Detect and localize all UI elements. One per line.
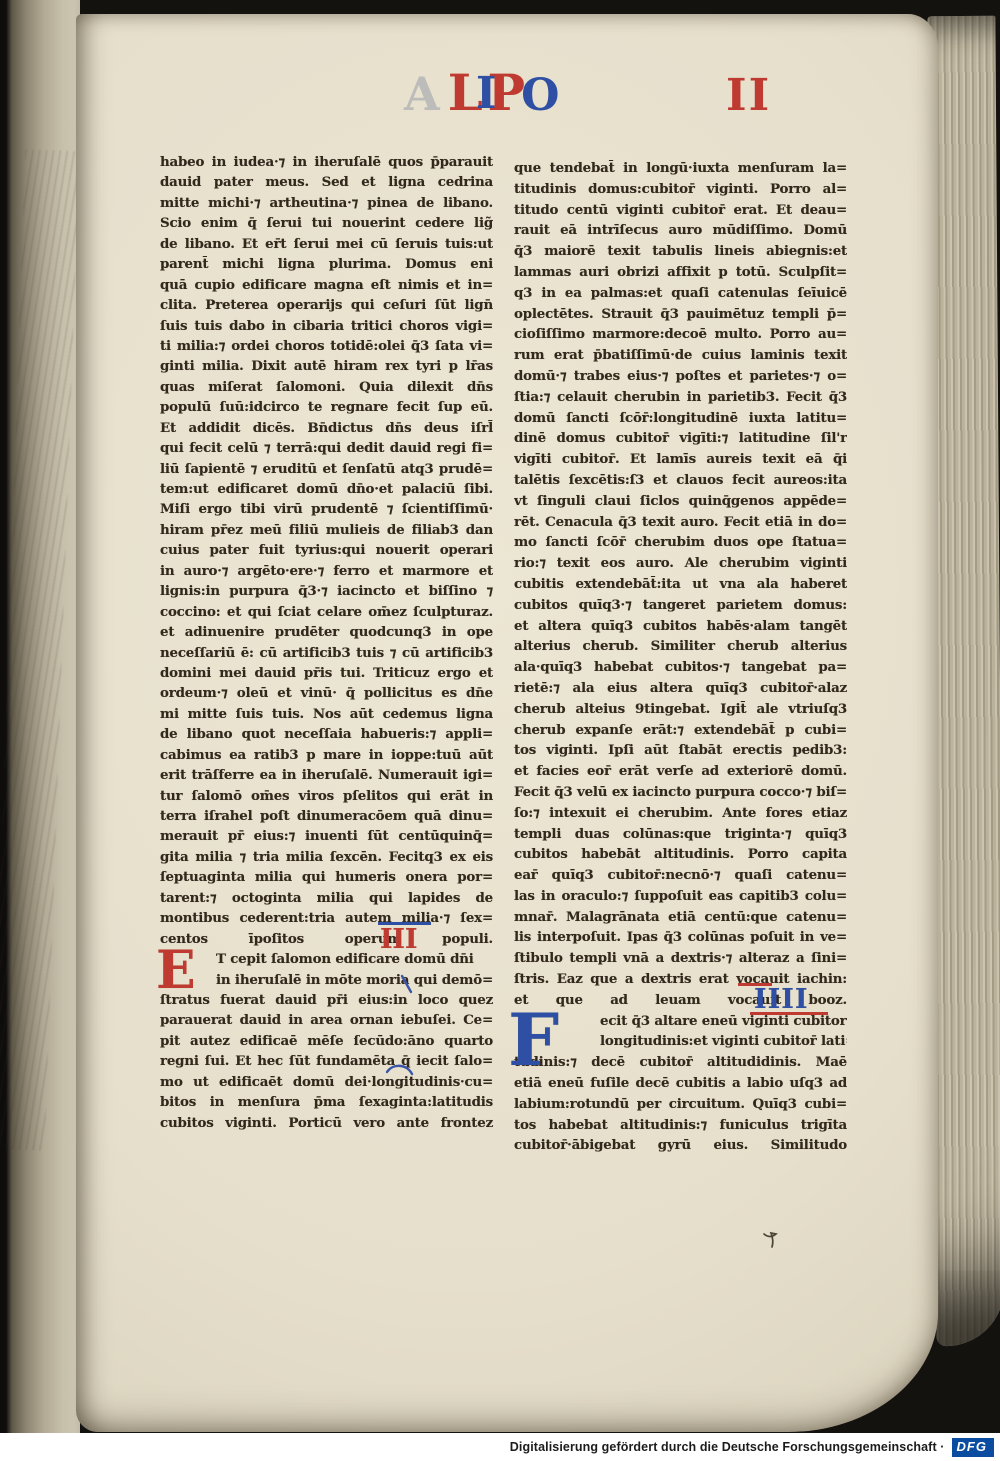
text-line: habeo in iudea·⁊ in iheruſalē quos p̄par… <box>160 154 493 174</box>
text-line: et adinuenire prudēter quodcunq3 in ope <box>160 624 493 644</box>
text-line: parauerat dauid in area ornan iebuſei. C… <box>160 1012 493 1032</box>
text-line: mo ut edificaēt domū dei·longitudinis·cu… <box>160 1074 493 1094</box>
text-line: ala·quīq3 habebat cubitos·⁊ tangebat pa= <box>514 659 847 680</box>
text-line: bitos in menſura p̄ma ſexaginta:latitudi… <box>160 1094 493 1114</box>
text-line: cherub alteius 9tingebat. Igit̄ ale vtri… <box>514 701 847 722</box>
text-line: populū ſuū:idcirco te regnare fecit ſup … <box>160 399 493 419</box>
text-line: ſuis tuis dabo in cibaria tritici choros… <box>160 318 493 338</box>
chapter-initial-e: E <box>156 948 195 995</box>
text-line: T cepit ſalomon edificare domū dn̄i <box>160 951 493 971</box>
digitization-credit-text: Digitalisierung gefördert durch die Deut… <box>510 1440 945 1454</box>
text-line: etiā eneū fuſile decē cubitis a labio uſ… <box>514 1075 847 1096</box>
text-line: talētis ſexcētis:ſ3 et clauos fecit aure… <box>514 472 847 493</box>
text-line: quas miſerat ſalomoni. Quia dilexit dn̄s <box>160 379 493 399</box>
text-line: erit trāſferre ea in iheruſalē. Numeraui… <box>160 767 493 787</box>
digitization-credit-bar: Digitalisierung gefördert durch die Deut… <box>0 1433 1000 1461</box>
text-line: las in oraculo:⁊ ſuppoſuit eas capitib3 … <box>514 888 847 909</box>
text-line: Miſi ergo tibi virū prudentē ⁊ ſcientiſſ… <box>160 501 493 521</box>
text-line: in auro·⁊ argēto·ere·⁊ ferro et marmore … <box>160 563 493 583</box>
text-line: gita milia ⁊ tria milia ſexcēn. Fecitq3 … <box>160 849 493 869</box>
text-line: templi duas colūnas:que triginta·⁊ quīq3 <box>514 826 847 847</box>
text-line: cubitos quīq3·⁊ tangeret parietem domus: <box>514 597 847 618</box>
text-line: ſtibulo templi vnā a dextris·⁊ alteraz a… <box>514 950 847 971</box>
running-title-letter-i: I <box>476 72 497 116</box>
text-line: coccino: et qui ſciat celare om̄ez ſculp… <box>160 604 493 624</box>
text-line: merauit pr̄ eius:⁊ inuenti ſūt centūquin… <box>160 828 493 848</box>
text-line: vigīti cubitor̄. Et lamīs aureis texit e… <box>514 451 847 472</box>
text-line: quā cupio edificare magna eſt nimis et i… <box>160 277 493 297</box>
column-left: E III habeo in iudea·⁊ in iheruſalē quos… <box>160 154 493 1135</box>
text-line: in iheruſalē in mōte moria qui demō= <box>160 972 493 992</box>
text-line: clita. Preterea operarijs qui ceſuri ſūt… <box>160 297 493 317</box>
text-line: pit autez edificaē mēſe ſecūdo:āno quart… <box>160 1033 493 1053</box>
text-line: dinē domus cubitor̄ vigīti:⁊ latitudine … <box>514 430 847 451</box>
text-line: domū ſancti ſcōr̄:longitudinē iuxta lati… <box>514 410 847 431</box>
text-line: lammas auri obrizi affixit p totū. Sculp… <box>514 264 847 285</box>
text-line: tarent:⁊ octoginta milia qui lapides de <box>160 890 493 910</box>
text-line: oplectētes. Strauit q̄3 pauimētuz templi… <box>514 306 847 327</box>
dfg-logo: DFG <box>952 1438 994 1457</box>
text-line: rēt. Cenacula q̄3 texit auro. Fecit etiā… <box>514 514 847 535</box>
text-line: de libano quot neceſſaia habueris:⁊ appl… <box>160 726 493 746</box>
text-line: domini mei dauid pr̄is tui. Triticuz erg… <box>160 665 493 685</box>
text-line: ordeum·⁊ oleū et vinū· q̄ pollicitus es … <box>160 685 493 705</box>
chapter-numeral-iiii: IIII <box>754 986 809 1013</box>
column-right: F IIII que tendebat̄ in longū·iuxta menſ… <box>514 160 847 1158</box>
text-line: tudinis:⁊ decē cubitor̄ altitudidinis. M… <box>514 1054 847 1075</box>
text-line: dauid pater meus. Sed et ligna cedrina <box>160 174 493 194</box>
running-title: ALIPO <box>404 68 559 128</box>
text-line: ſo:⁊ intexuit ei cherubim. Ante fores et… <box>514 805 847 826</box>
text-line: mnar̄. Malagrānata etiā centū:que catenu… <box>514 909 847 930</box>
text-line: lignis:in purpura q̄3·⁊ iacincto et biſſ… <box>160 583 493 603</box>
text-line: vt ſinguli claui ſiclos quinq̄genos appē… <box>514 493 847 514</box>
text-line: cubitor̄·ābigebat gyrū eius. Similitudo <box>514 1137 847 1158</box>
text-line: rauit eā intrīſecus auro mūdiſſimo. Domū <box>514 222 847 243</box>
text-line: lis interpoſuit. Ipas q̄3 colūnas poſuit… <box>514 929 847 950</box>
text-line: tos viginti. Ipſi aūt ſtabāt erectis ped… <box>514 742 847 763</box>
text-line: Et addidit dicēs. Bn̄dictus dn̄s deus iſ… <box>160 420 493 440</box>
opposite-page-showthrough-text <box>0 149 79 1150</box>
page-stack-fore-edge <box>927 16 1000 1346</box>
book-numeral: II <box>726 74 771 118</box>
text-line: centos īpoſitos operum populi. <box>160 931 493 951</box>
text-line: et altera quīq3 cubitos habēs·alam tangē… <box>514 618 847 639</box>
text-line: regni ſui. Et hec ſūt fundamēta q̄ iecit… <box>160 1053 493 1073</box>
text-line: ti milia:⁊ ordei choros totidē:olei q̄3 … <box>160 338 493 358</box>
text-line: domū·⁊ trabes eius·⁊ poſtes et parietes·… <box>514 368 847 389</box>
text-line: q3 in ea palmas:et quaſi catenulas ſeīui… <box>514 285 847 306</box>
text-line: cubitos habebāt altitudinis. Porro capit… <box>514 846 847 867</box>
text-line: mo ſancti ſcōr̄ cherubim duos ope ſtatua… <box>514 534 847 555</box>
text-line: liū ſapientē ⁊ eruditū et ſenſatū atq3 p… <box>160 461 493 481</box>
text-line: ſtratus fuerat dauid pr̄i eius:in loco q… <box>160 992 493 1012</box>
text-line: ecit q̄3 altare eneū viginti cubitoruz <box>514 1013 847 1034</box>
text-line: cuius pater fuit tyrius:qui nouerit oper… <box>160 542 493 562</box>
text-line: terra iſrahel poſt dinumeracōem quā dinu… <box>160 808 493 828</box>
text-line: de libano. Et er̄t ſerui mei cū ſeruis t… <box>160 236 493 256</box>
text-line: neceſſariū ē: cū artificib3 tuis ⁊ cū ar… <box>160 645 493 665</box>
text-line: mi mitte ſuis tuis. Nos aūt cedemus lign… <box>160 706 493 726</box>
text-line: cubitis extendebāt̄:ita ut vna ala haber… <box>514 576 847 597</box>
manuscript-page: ALIPO II E III habeo in iudea·⁊ in iheru… <box>76 14 938 1432</box>
text-line: titudo centū viginti cubitor̄ erat. Et d… <box>514 202 847 223</box>
text-line: ſeptuaginta milia qui humeris onera por= <box>160 869 493 889</box>
text-line: ear̄ quīq3 cubitor̄:necnō·⁊ quaſi catenu… <box>514 867 847 888</box>
text-line: rio:⁊ texit eos auro. Ale cherubim vigin… <box>514 555 847 576</box>
running-title-letter-o: O <box>521 74 559 118</box>
text-line: rietē:⁊ ala eius altera quīq3 cubitor̄·a… <box>514 680 847 701</box>
text-line: Scio enim q̄ ſerui tui nouerint cedere l… <box>160 215 493 235</box>
text-line: hiram pr̄ez meū filiū mulieis de filiab3… <box>160 522 493 542</box>
text-line: cabimus ea ratib3 p mare in ioppe:tuū aū… <box>160 747 493 767</box>
text-line: tos habebat altitudinis:⁊ funiculus trig… <box>514 1117 847 1138</box>
chapter-initial-f: F <box>508 1008 559 1073</box>
text-line: alterius cherub. Similiter cherub alteri… <box>514 638 847 659</box>
text-line: et facies eor̄ erāt verſe ad exteriorē d… <box>514 763 847 784</box>
text-line: rum erat p̄batiſſimū·de cuius laminis te… <box>514 347 847 368</box>
text-line: montibus cederent:tria autem milia·⁊ ſex… <box>160 910 493 930</box>
text-line: qui fecit celū ⁊ terrā:qui dedit dauid r… <box>160 440 493 460</box>
text-line: cherub expanſe erāt:⁊ extendebāt̄ p cubi… <box>514 722 847 743</box>
text-line: parent̄ michi ligna plurima. Domus eni <box>160 256 493 276</box>
text-line: labium:rotundū per circuitum. Quīq3 cubi… <box>514 1096 847 1117</box>
text-line: cubitos viginti. Porticū vero ante front… <box>160 1115 493 1135</box>
text-line: que tendebat̄ in longū·iuxta menſuram la… <box>514 160 847 181</box>
book-gutter-opposite-page <box>0 0 80 1433</box>
text-line: tur ſalomō om̄es viros pſelitos qui erāt… <box>160 788 493 808</box>
chapter-numeral-iii: III <box>378 922 431 953</box>
text-line: q̄3 maiorē texit tabulis lineis abiegnis… <box>514 243 847 264</box>
text-line: ginti milia. Dixit autē hiram rex tyri p… <box>160 358 493 378</box>
text-line: mitte michi·⁊ artheutina·⁊ pinea de liba… <box>160 195 493 215</box>
text-line: titudinis domus:cubitor̄ viginti. Porro … <box>514 181 847 202</box>
running-title-ghost-letter: A <box>404 71 440 117</box>
text-line: tem:ut edificaret domū dn̄o·et palaciū ſ… <box>160 481 493 501</box>
text-line: cioſiſſimo marmore:decoē multo. Porro au… <box>514 326 847 347</box>
text-line: Fecit q̄3 velū ex iacincto purpura cocco… <box>514 784 847 805</box>
text-line: longitudinis:et viginti cubitor̄ lati= <box>514 1033 847 1054</box>
text-line: ſtia:⁊ celauit cherubin in parietib3. Fe… <box>514 389 847 410</box>
